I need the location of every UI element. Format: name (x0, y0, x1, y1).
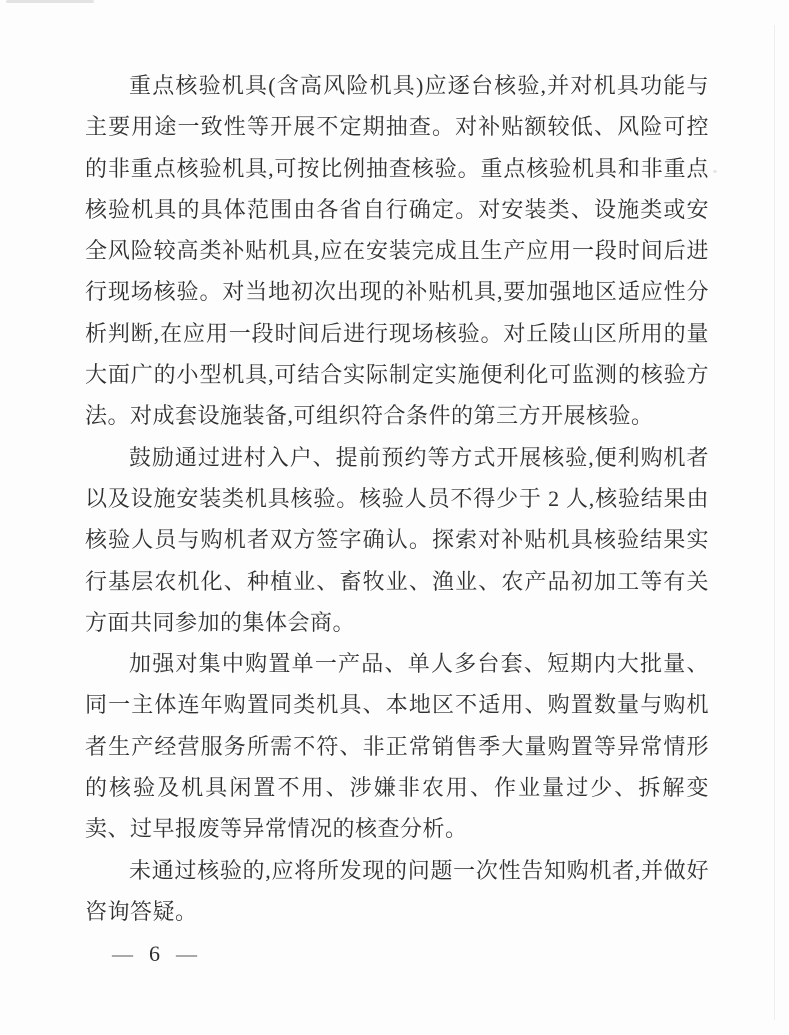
footer-right-dash: — (176, 942, 197, 967)
document-body: 重点核验机具(含高风险机具)应逐台核验,并对机具功能与主要用途一致性等开展不定期… (85, 65, 709, 932)
page-footer: — 6 — (112, 941, 197, 967)
scan-edge-artifact (774, 25, 775, 1020)
footer-left-dash: — (112, 942, 133, 967)
page-number: 6 (149, 941, 160, 967)
paragraph-verification-methods: 鼓励通过进村入户、提前预约等方式开展核验,便利购机者以及设施安装类机具核验。核验… (85, 437, 709, 643)
paragraph-key-verification-machines: 重点核验机具(含高风险机具)应逐台核验,并对机具功能与主要用途一致性等开展不定期… (85, 65, 709, 437)
paragraph-failed-verification: 未通过核验的,应将所发现的问题一次性告知购机者,并做好咨询答疑。 (85, 850, 709, 933)
scan-smudge-artifact (6, 0, 94, 3)
document-page: 重点核验机具(含高风险机具)应逐台核验,并对机具功能与主要用途一致性等开展不定期… (0, 0, 789, 1035)
scan-speck-artifact (713, 170, 717, 173)
paragraph-abnormal-situations: 加强对集中购置单一产品、单人多台套、短期内大批量、同一主体连年购置同类机具、本地… (85, 643, 709, 849)
